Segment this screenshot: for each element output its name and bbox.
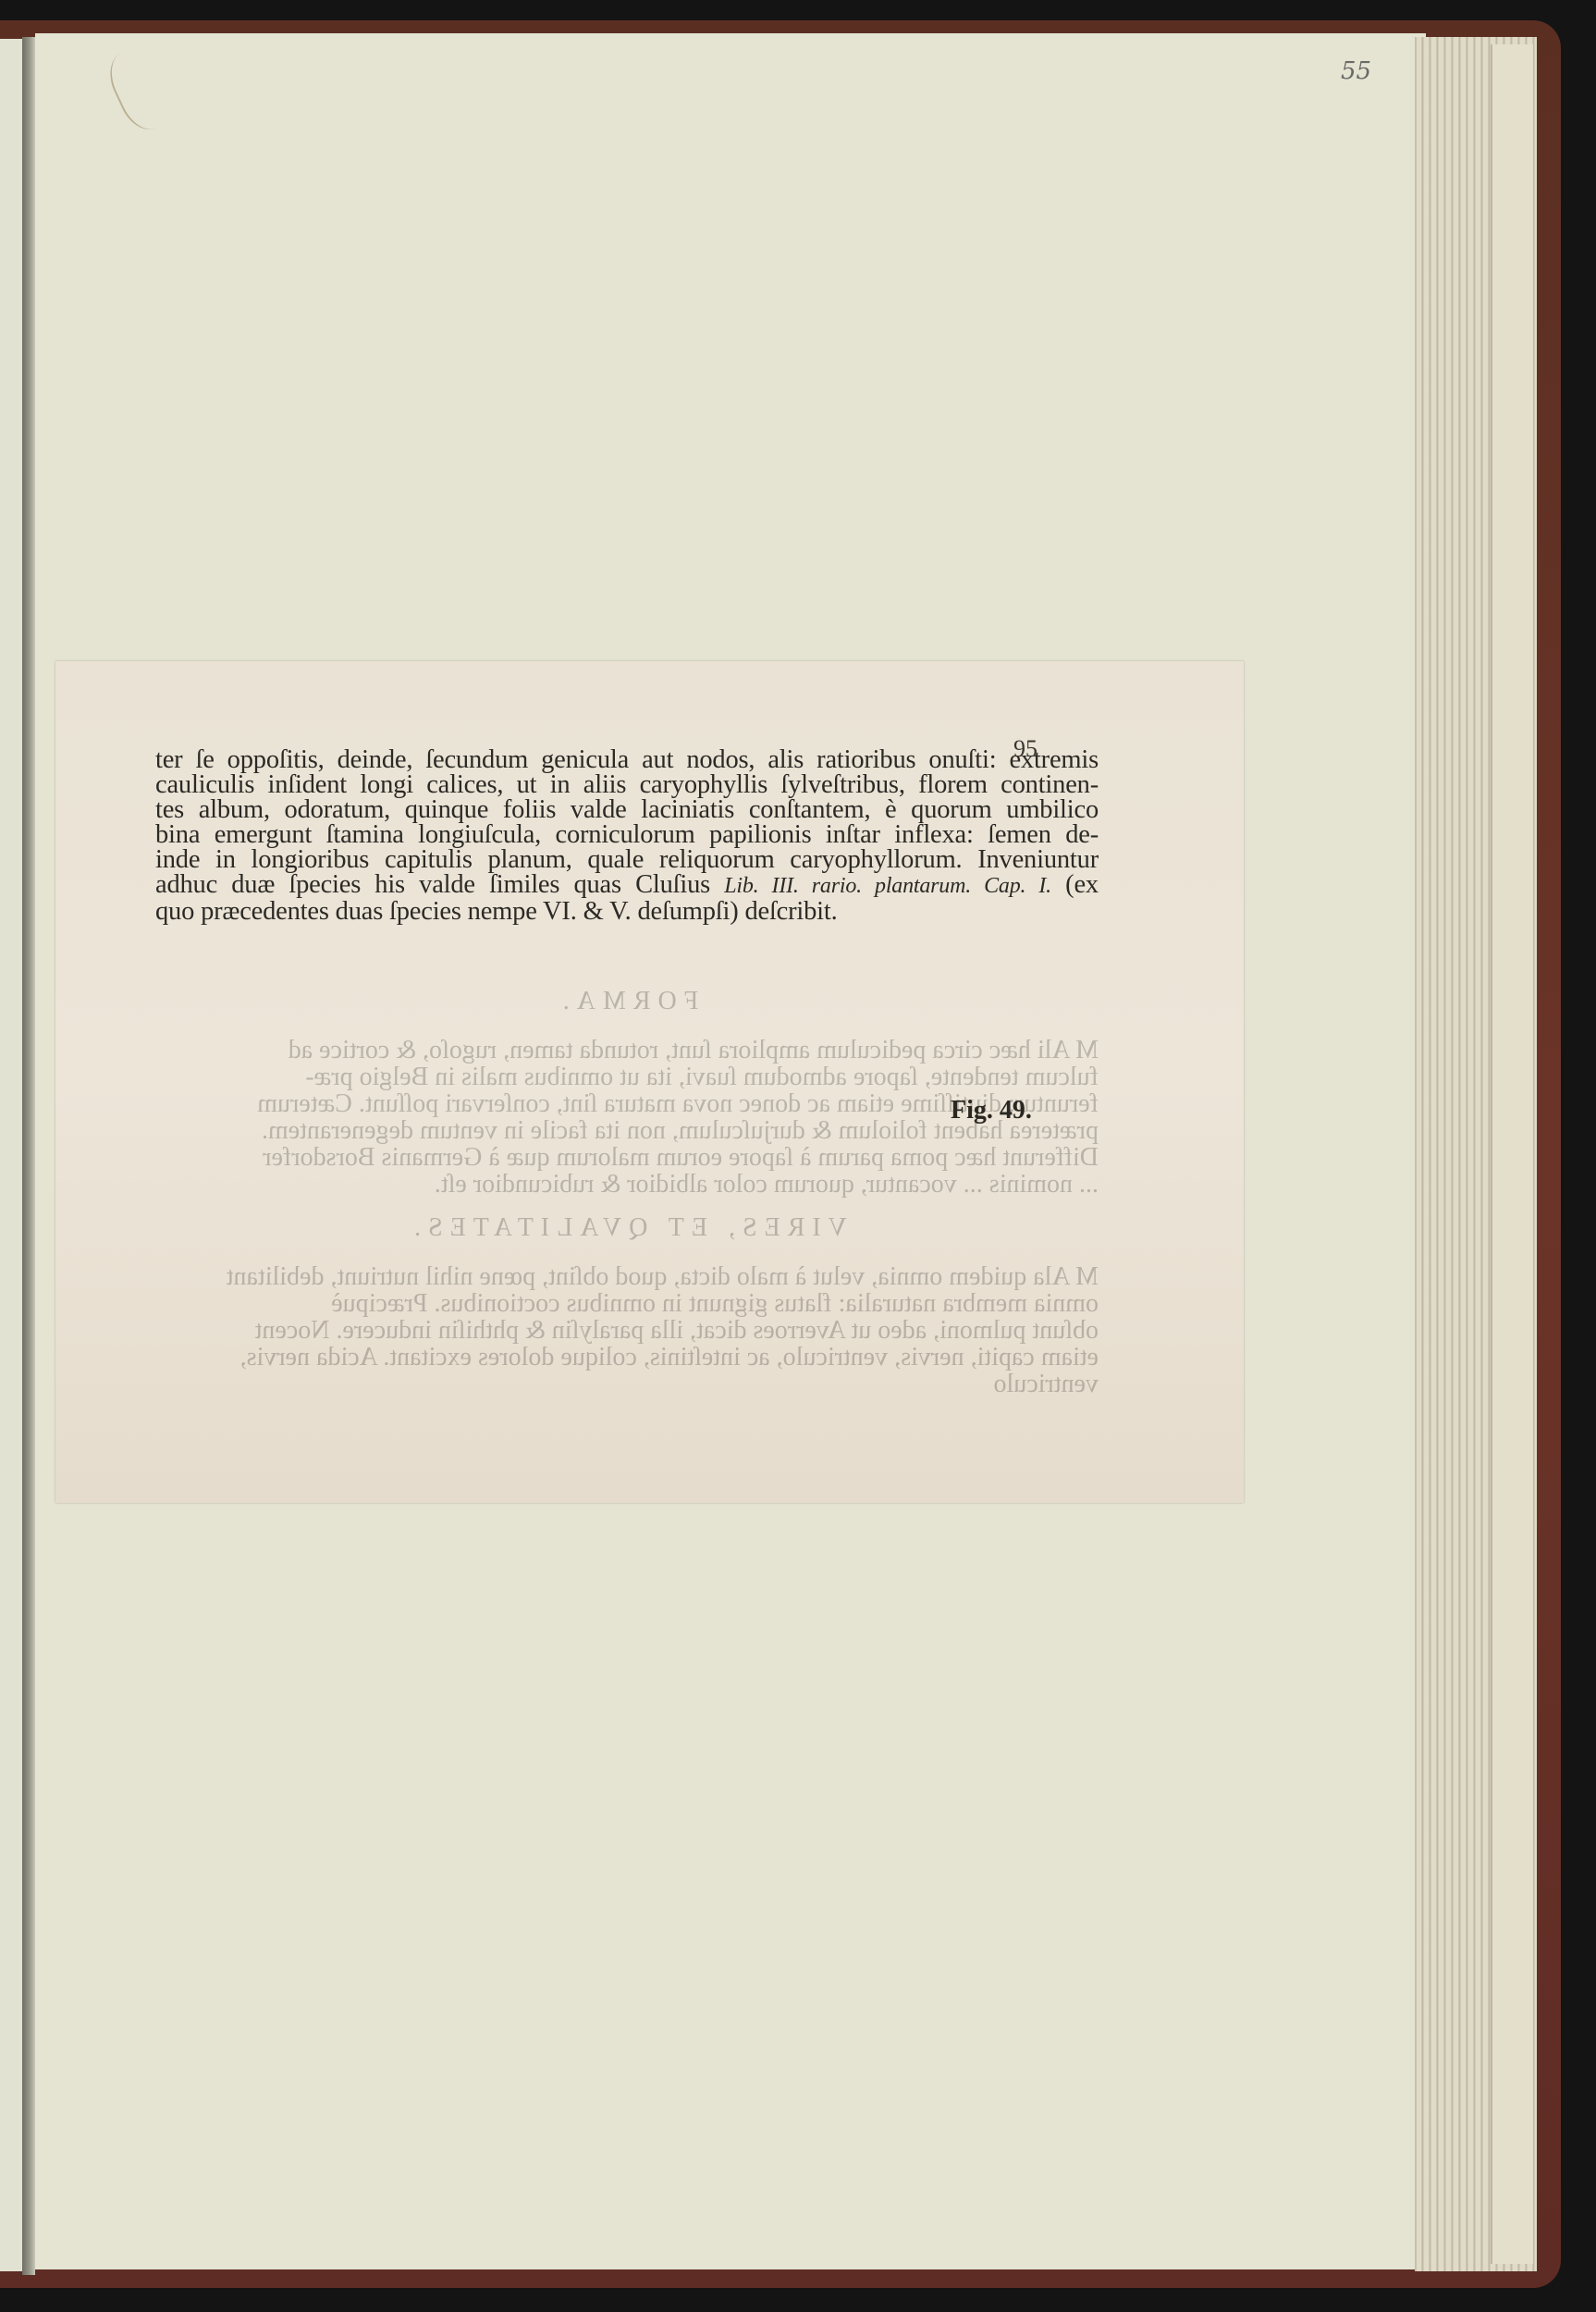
folio-annotation: 55: [1341, 57, 1371, 85]
left-page-edge: [0, 39, 22, 2271]
show-through-line: omnia membra naturalia: flatus gignunt i…: [155, 1290, 1099, 1317]
text-line: bina emergunt ſtamina longiuſcula, corni…: [155, 822, 1099, 847]
text-fragment: adhuc duæ ſpecies his valde ſimiles quas…: [155, 870, 710, 899]
show-through-heading: VIRES, ET QVALITATES.: [155, 1214, 1099, 1241]
text-line: tes album, odoratum, quinque foliis vald…: [155, 797, 1099, 822]
page-fore-edge-inner: [1491, 44, 1533, 2264]
show-through-line: Differunt hæc poma parum à ſapore eorum …: [155, 1144, 1099, 1171]
show-through-line: fulcum tendente, ſapore admodum ſuavi, i…: [155, 1064, 1099, 1090]
book-gutter: [22, 37, 35, 2275]
show-through-line: M Ala quidem omnia, velut à malo dicta, …: [155, 1263, 1099, 1290]
show-through-text: FORMA. M Ali hæc circa pediculum amplior…: [155, 971, 1099, 1397]
show-through-line: etiam capiti, nervis, ventriculo, ac int…: [155, 1344, 1099, 1371]
figure-label: Fig. 49.: [951, 1096, 1032, 1125]
text-line: inde in longioribus capitulis planum, qu…: [155, 847, 1099, 872]
show-through-heading-top: FORMA.: [155, 988, 1099, 1015]
text-line-with-citation: adhuc duæ ſpecies his valde ſimiles quas…: [155, 872, 1099, 899]
show-through-line: obſunt pulmoni, adeo ut Averroes dicat, …: [155, 1317, 1099, 1344]
text-line: quo præcedentes duas ſpecies nempe VI. &…: [155, 899, 1099, 924]
show-through-line: M Ali hæc circa pediculum ampliora ſunt,…: [155, 1037, 1099, 1064]
slip-body-text: ter ſe oppoſitis, deinde, ſecundum genic…: [155, 747, 1099, 924]
citation-italic: Lib. III. rario. plantarum. Cap. I.: [724, 874, 1051, 898]
citation-suffix: (ex: [1051, 870, 1099, 899]
pasted-text-slip: FORMA. M Ali hæc circa pediculum amplior…: [55, 661, 1244, 1503]
text-line: cauliculis inſident longi calices, ut in…: [155, 772, 1099, 797]
show-through-line: ... nominis ... vocantur, quorum color a…: [155, 1171, 1099, 1198]
show-through-line: ventriculo: [155, 1371, 1099, 1397]
text-line: ter ſe oppoſitis, deinde, ſecundum genic…: [155, 747, 1099, 772]
